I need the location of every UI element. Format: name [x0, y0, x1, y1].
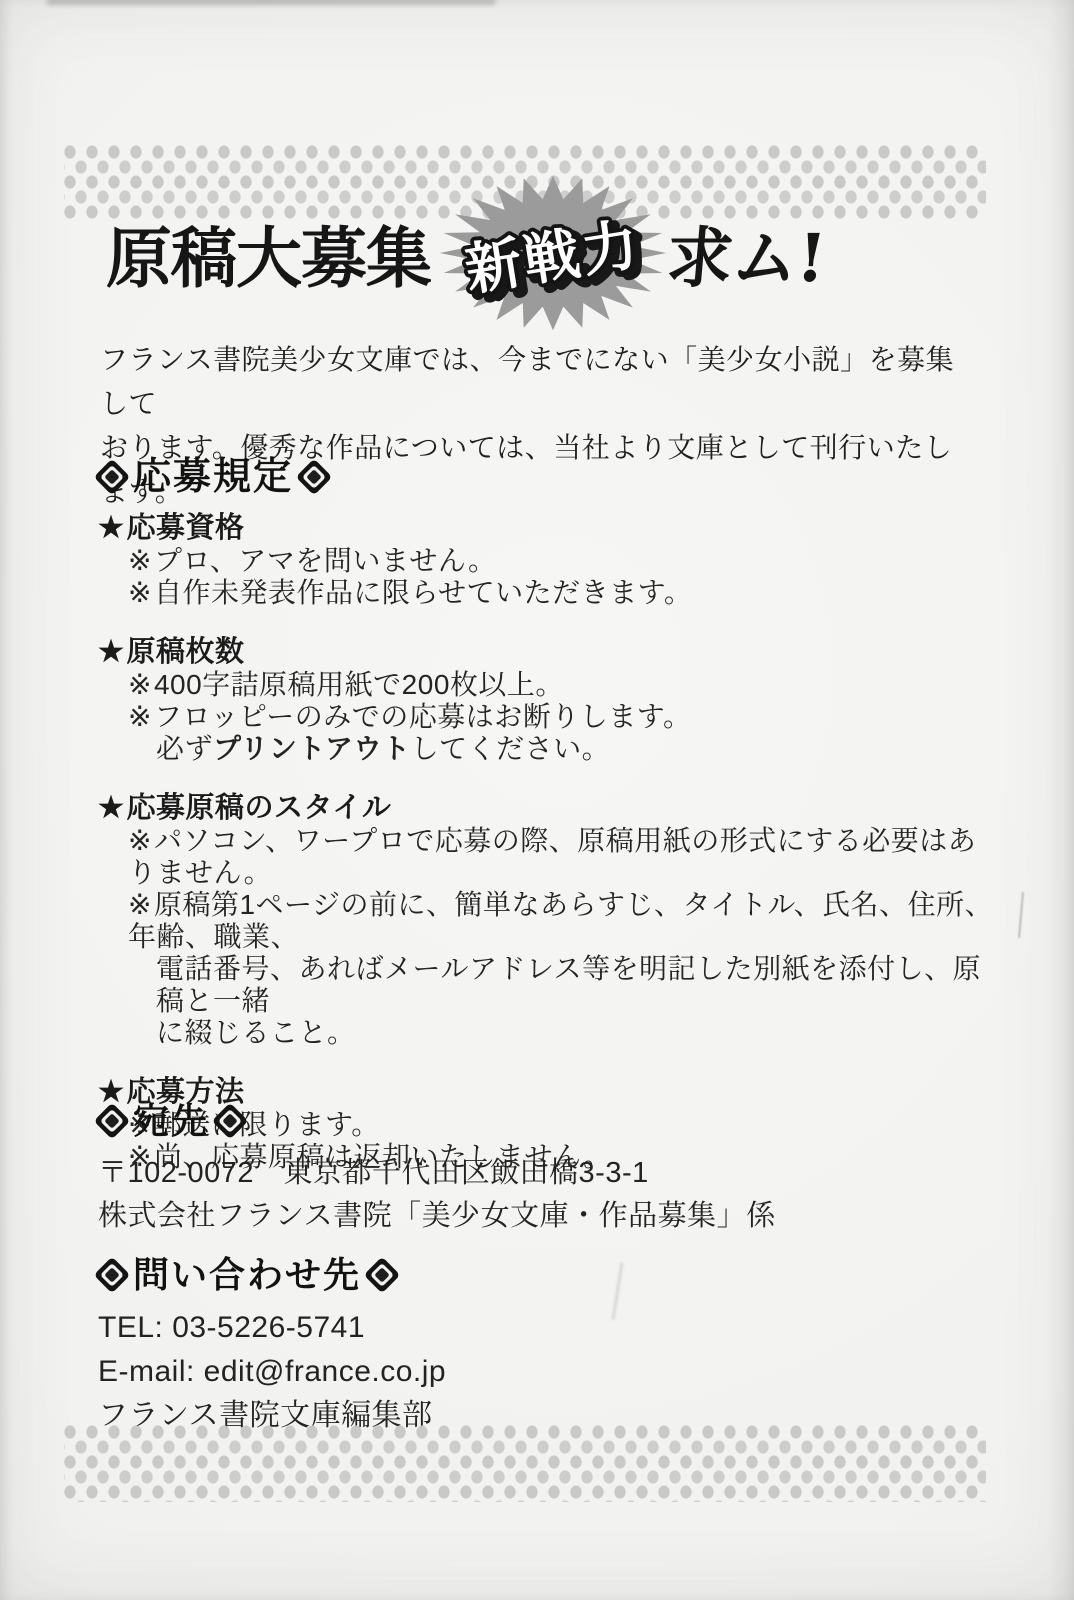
contact-email: E-mail: edit@france.co.jp	[98, 1354, 446, 1390]
item-text: 400字詰原稿用紙で200枚以上。	[154, 669, 564, 700]
item-text: プロ、アマを問いません。	[154, 545, 497, 576]
address-company-line: 株式会社フランス書院「美少女文庫・作品募集」係	[98, 1199, 776, 1234]
diamond-icon	[294, 457, 334, 497]
subsection-title: ★応募資格	[98, 511, 998, 545]
reference-mark-icon: ※	[128, 577, 152, 608]
page-edge-shadow	[1048, 0, 1074, 1600]
section-heading-text: 問い合わせ先	[133, 1250, 361, 1300]
starburst-icon: 新戦力 新戦力	[437, 164, 669, 340]
item-text: フロッピーのみでの応募はお断りします。	[154, 701, 692, 732]
address-postal-line: 〒102-0072 東京都千代田区飯田橋3-3-1	[98, 1156, 776, 1191]
star-icon: ★	[98, 512, 125, 544]
list-item-continuation: 電話番号、あればメールアドレス等を明記した別紙を添付し、原稿と一緒	[98, 953, 998, 1017]
diamond-icon	[92, 457, 132, 497]
section-heading-guidelines: 応募規定	[92, 452, 998, 502]
page-edge-shadow	[0, 0, 14, 1600]
subsection-pages: ★原稿枚数 ※400字詰原稿用紙で200枚以上。 ※フロッピーのみでの応募はお断…	[98, 635, 998, 765]
guidelines-section: 応募規定 ★応募資格 ※プロ、アマを問いません。 ※自作未発表作品に限らせていた…	[98, 452, 998, 1173]
item-text: 自作未発表作品に限らせていただきます。	[154, 577, 692, 608]
list-item: ※400字詰原稿用紙で200枚以上。	[98, 669, 998, 701]
list-item: ※フロッピーのみでの応募はお断りします。	[98, 701, 998, 733]
section-heading-contact: 問い合わせ先	[92, 1250, 446, 1300]
item-text: に綴じること。	[156, 1017, 356, 1048]
star-icon: ★	[98, 792, 125, 824]
title-text-right: 求ム!	[663, 216, 828, 300]
scanned-page: 原稿大募集 新戦力 新戦力 求ム! フランス書院美少女文庫では、今までにない「美…	[0, 0, 1074, 1600]
subsection-title-text: 応募資格	[127, 512, 245, 544]
diamond-icon	[362, 1255, 402, 1295]
halftone-band-bottom	[64, 1424, 986, 1502]
reference-mark-icon: ※	[128, 889, 152, 920]
item-text-emphasis: プリントアウト	[213, 733, 411, 764]
subsection-title-text: 原稿枚数	[127, 636, 245, 668]
contact-tel: TEL: 03-5226-5741	[98, 1310, 446, 1346]
item-text: してください。	[411, 733, 611, 764]
reference-mark-icon: ※	[128, 701, 152, 732]
section-heading-address: 宛先	[92, 1096, 776, 1146]
page-title: 原稿大募集 新戦力 新戦力 求ム!	[106, 216, 825, 300]
item-text: 原稿第1ページの前に、簡単なあらすじ、タイトル、氏名、住所、年齢、職業、	[128, 889, 993, 952]
subsection-qualification: ★応募資格 ※プロ、アマを問いません。 ※自作未発表作品に限らせていただきます。	[98, 511, 998, 609]
list-item: ※自作未発表作品に限らせていただきます。	[98, 577, 998, 609]
intro-line-1: フランス書院美少女文庫では、今までにない「美少女小説」を募集して	[100, 338, 960, 426]
subsection-title-text: 応募原稿のスタイル	[127, 792, 392, 824]
paper-crease	[611, 1262, 623, 1320]
list-item: ※原稿第1ページの前に、簡単なあらすじ、タイトル、氏名、住所、年齢、職業、	[98, 889, 998, 953]
title-text-left: 原稿大募集	[106, 216, 431, 300]
item-text: 電話番号、あればメールアドレス等を明記した別紙を添付し、原稿と一緒	[156, 953, 981, 1016]
section-heading-text: 宛先	[133, 1096, 209, 1146]
diamond-icon	[92, 1255, 132, 1295]
item-text: 必ず	[156, 733, 213, 764]
reference-mark-icon: ※	[128, 669, 152, 700]
list-item: ※プロ、アマを問いません。	[98, 545, 998, 577]
reference-mark-icon: ※	[128, 825, 152, 856]
section-heading-text: 応募規定	[133, 452, 293, 502]
scan-smudge	[46, 0, 496, 5]
subsection-style: ★応募原稿のスタイル ※パソコン、ワープロで応募の際、原稿用紙の形式にする必要は…	[98, 791, 998, 1049]
address-section: 宛先 〒102-0072 東京都千代田区飯田橋3-3-1 株式会社フランス書院「…	[98, 1096, 776, 1234]
title-starburst: 新戦力 新戦力	[445, 216, 657, 300]
list-item-continuation: 必ずプリントアウトしてください。	[98, 733, 998, 765]
subsection-title: ★原稿枚数	[98, 635, 998, 669]
diamond-icon	[210, 1101, 250, 1141]
reference-mark-icon: ※	[128, 545, 152, 576]
list-item-continuation: に綴じること。	[98, 1017, 998, 1049]
contact-section: 問い合わせ先 TEL: 03-5226-5741 E-mail: edit@fr…	[98, 1250, 446, 1434]
subsection-title: ★応募原稿のスタイル	[98, 791, 998, 825]
star-icon: ★	[98, 636, 125, 668]
diamond-icon	[92, 1101, 132, 1141]
item-text: パソコン、ワープロで応募の際、原稿用紙の形式にする必要はありません。	[128, 825, 976, 888]
paper-crease	[1018, 892, 1024, 938]
list-item: ※パソコン、ワープロで応募の際、原稿用紙の形式にする必要はありません。	[98, 825, 998, 889]
